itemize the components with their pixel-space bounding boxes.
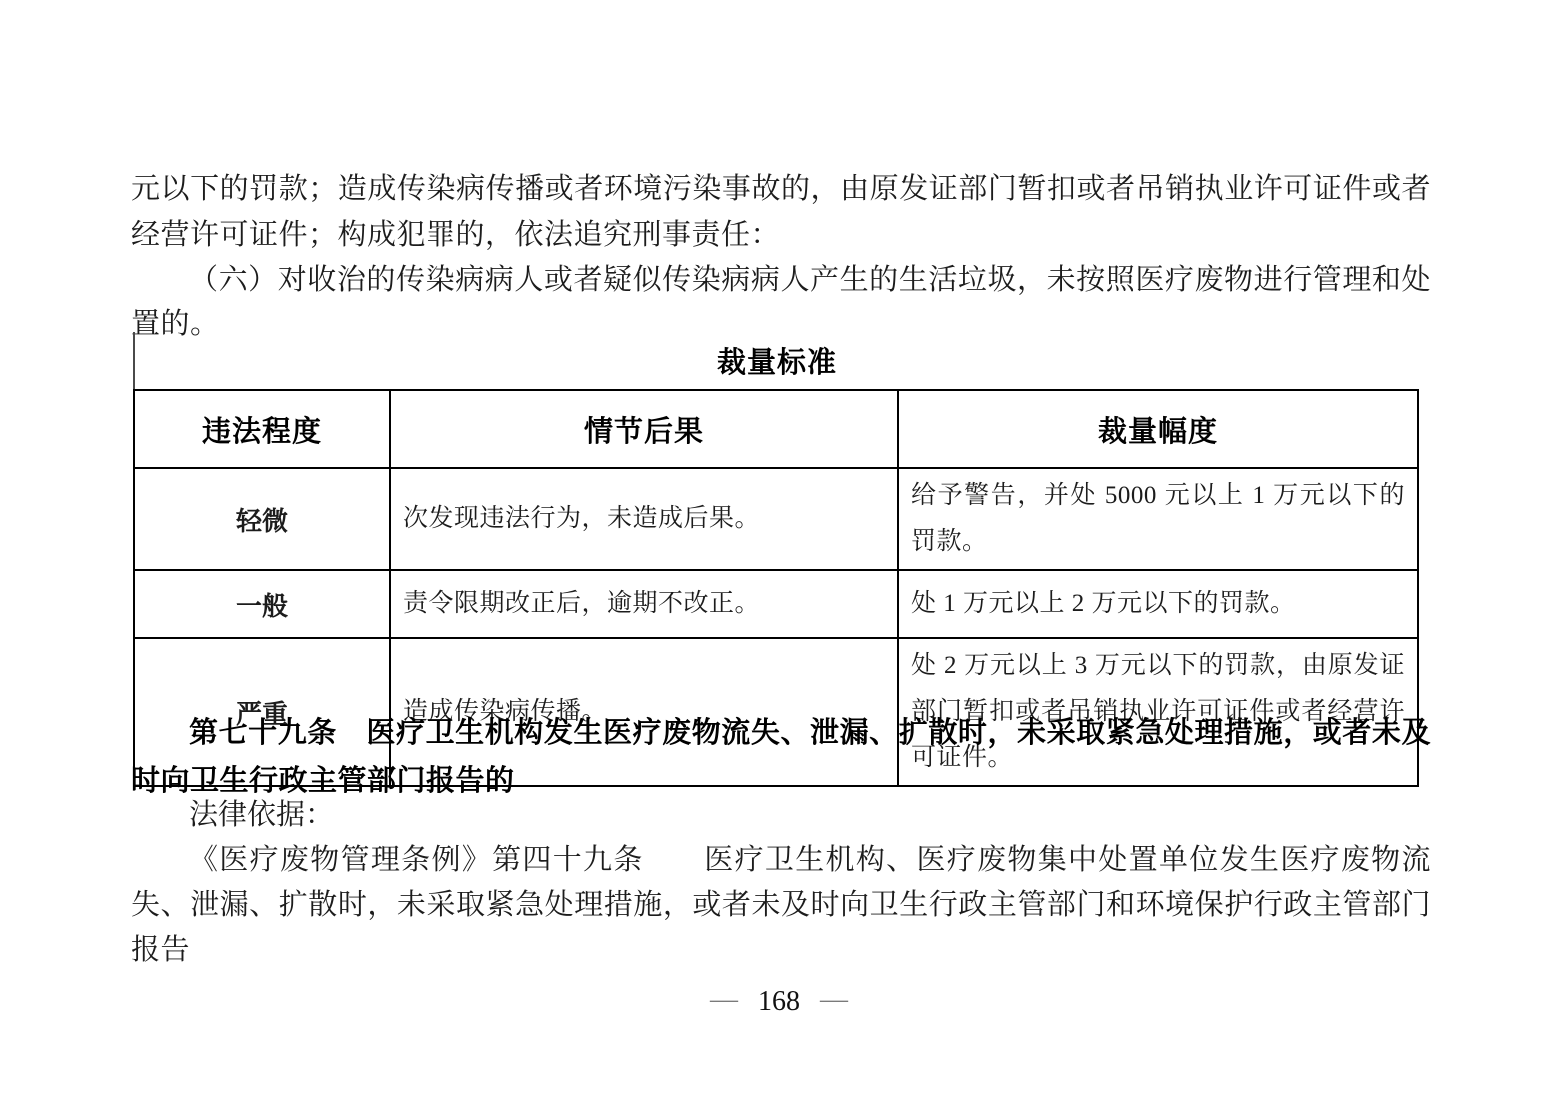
cell-degree: 一般 <box>134 570 390 638</box>
paragraph-continuation: 元以下的罚款；造成传染病传播或者环境污染事故的，由原发证部门暂扣或者吊销执业许可… <box>131 166 1431 258</box>
footer-left-dash: — <box>710 984 738 1015</box>
cell-degree: 轻微 <box>134 468 390 570</box>
table-row: 一般 责令限期改正后，逾期不改正。 处 1 万元以上 2 万元以下的罚款。 <box>134 570 1418 638</box>
article-79-heading: 第七十九条 医疗卫生机构发生医疗废物流失、泄漏、扩散时，未采取紧急处理措施，或者… <box>131 709 1431 805</box>
table-row: 轻微 次发现违法行为，未造成后果。 给予警告，并处 5000 元以上 1 万元以… <box>134 468 1418 570</box>
page-footer: —168— <box>0 986 1558 1018</box>
cell-range: 给予警告，并处 5000 元以上 1 万元以下的罚款。 <box>898 468 1418 570</box>
header-violation-degree: 违法程度 <box>134 390 390 468</box>
footer-right-dash: — <box>820 984 848 1015</box>
cell-circumstance: 次发现违法行为，未造成后果。 <box>390 468 898 570</box>
table-title-block: 裁量标准 <box>133 332 1419 389</box>
page-number: 168 <box>758 986 800 1017</box>
header-discretion-range: 裁量幅度 <box>898 390 1418 468</box>
table-title: 裁量标准 <box>717 340 837 381</box>
document-page: 元以下的罚款；造成传染病传播或者环境污染事故的，由原发证部门暂扣或者吊销执业许可… <box>0 0 1558 1102</box>
table-header-row: 违法程度 情节后果 裁量幅度 <box>134 390 1418 468</box>
legal-basis-text: 《医疗废物管理条例》第四十九条 医疗卫生机构、医疗废物集中处置单位发生医疗废物流… <box>131 838 1431 973</box>
cell-range: 处 1 万元以上 2 万元以下的罚款。 <box>898 570 1418 638</box>
cell-circumstance: 责令限期改正后，逾期不改正。 <box>390 570 898 638</box>
header-circumstance: 情节后果 <box>390 390 898 468</box>
legal-basis-label: 法律依据： <box>131 792 1431 833</box>
